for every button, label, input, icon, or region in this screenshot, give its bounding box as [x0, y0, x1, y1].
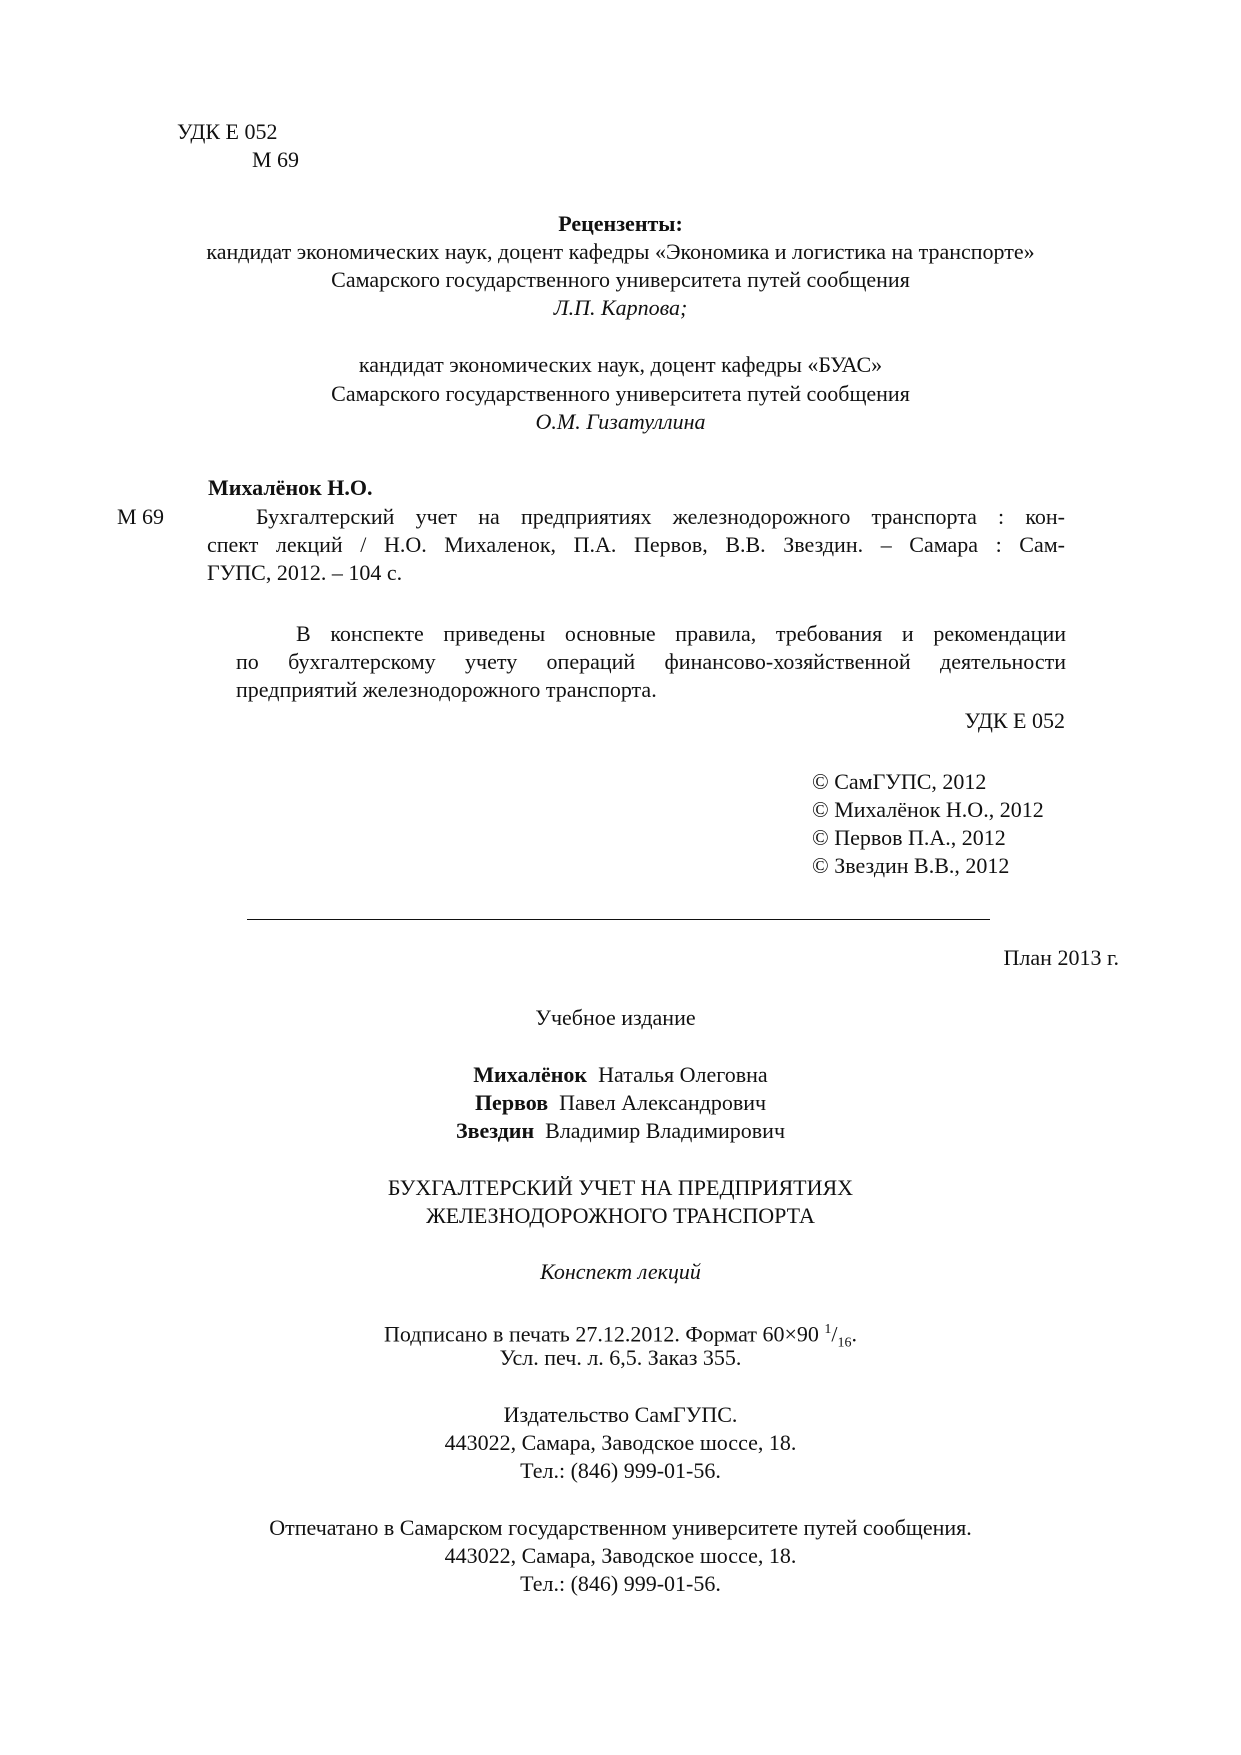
author-surname: Первов: [475, 1090, 548, 1115]
author-surname: Звездин: [456, 1118, 534, 1143]
bibliographic-record: Бухгалтерский учет на предприятиях желез…: [207, 503, 1065, 587]
annotation-line: предприятий железнодорожного транспорта.: [236, 676, 1066, 704]
bibliographic-line: Бухгалтерский учет на предприятиях желез…: [207, 503, 1065, 531]
bibliographic-author: Михалёнок Н.О.: [208, 474, 373, 502]
annotation-line: по бухгалтерскому учету операций финансо…: [236, 648, 1066, 676]
author-mark: М 69: [252, 146, 299, 174]
author-line: Звездин Владимир Владимирович: [0, 1117, 1241, 1145]
reviewer-1-position: кандидат экономических наук, доцент кафе…: [0, 238, 1241, 266]
print-signed-text: Подписано в печать 27.12.2012. Формат 60…: [384, 1321, 824, 1346]
format-numerator: 1: [824, 1322, 831, 1337]
copyright-line: © Первов П.А., 2012: [812, 824, 1006, 852]
author-surname: Михалёнок: [473, 1062, 587, 1087]
udk-code: УДК Е 052: [177, 118, 277, 146]
author-line: Михалёнок Наталья Олеговна: [0, 1061, 1241, 1089]
book-title-line: БУХГАЛТЕРСКИЙ УЧЕТ НА ПРЕДПРИЯТИЯХ: [0, 1174, 1241, 1202]
publisher-phone: Тел.: (846) 999-01-56.: [0, 1457, 1241, 1485]
reviewers-heading: Рецензенты:: [0, 210, 1241, 238]
author-given-name: Павел Александрович: [559, 1090, 766, 1115]
book-subtitle: Конспект лекций: [0, 1258, 1241, 1286]
reviewer-2-position: кандидат экономических наук, доцент кафе…: [0, 351, 1241, 379]
copyright-line: © Михалёнок Н.О., 2012: [812, 796, 1044, 824]
format-end: .: [852, 1321, 858, 1346]
publisher-name: Издательство СамГУПС.: [0, 1401, 1241, 1429]
annotation: В конспекте приведены основные правила, …: [236, 620, 1066, 704]
annotation-line: В конспекте приведены основные правила, …: [236, 620, 1066, 648]
printer-name: Отпечатано в Самарском государственном у…: [0, 1514, 1241, 1542]
reviewer-2-organization: Самарского государственного университета…: [0, 380, 1241, 408]
book-title-line: ЖЕЛЕЗНОДОРОЖНОГО ТРАНСПОРТА: [0, 1202, 1241, 1230]
copyright-line: © Звездин В.В., 2012: [812, 852, 1009, 880]
edition-type: Учебное издание: [0, 1004, 1236, 1032]
copyright-line: © СамГУПС, 2012: [812, 768, 986, 796]
reviewer-1-name: Л.П. Карпова;: [0, 294, 1241, 322]
printer-address: 443022, Самара, Заводское шоссе, 18.: [0, 1542, 1241, 1570]
annotation-udk: УДК Е 052: [965, 707, 1065, 735]
bibliographic-code: М 69: [117, 503, 164, 531]
bibliographic-line: спект лекций / Н.О. Михаленок, П.А. Перв…: [207, 531, 1065, 559]
author-line: Первов Павел Александрович: [0, 1089, 1241, 1117]
reviewer-1-organization: Самарского государственного университета…: [0, 266, 1241, 294]
bibliographic-line: ГУПС, 2012. – 104 с.: [207, 559, 1065, 587]
reviewer-2-name: О.М. Гизатуллина: [0, 408, 1241, 436]
publisher-address: 443022, Самара, Заводское шоссе, 18.: [0, 1429, 1241, 1457]
author-given-name: Владимир Владимирович: [545, 1118, 785, 1143]
printer-phone: Тел.: (846) 999-01-56.: [0, 1570, 1241, 1598]
plan-year: План 2013 г.: [1004, 944, 1119, 972]
separator-rule: [247, 919, 990, 920]
print-sheets-order: Усл. печ. л. 6,5. Заказ 355.: [0, 1344, 1241, 1372]
author-given-name: Наталья Олеговна: [598, 1062, 768, 1087]
